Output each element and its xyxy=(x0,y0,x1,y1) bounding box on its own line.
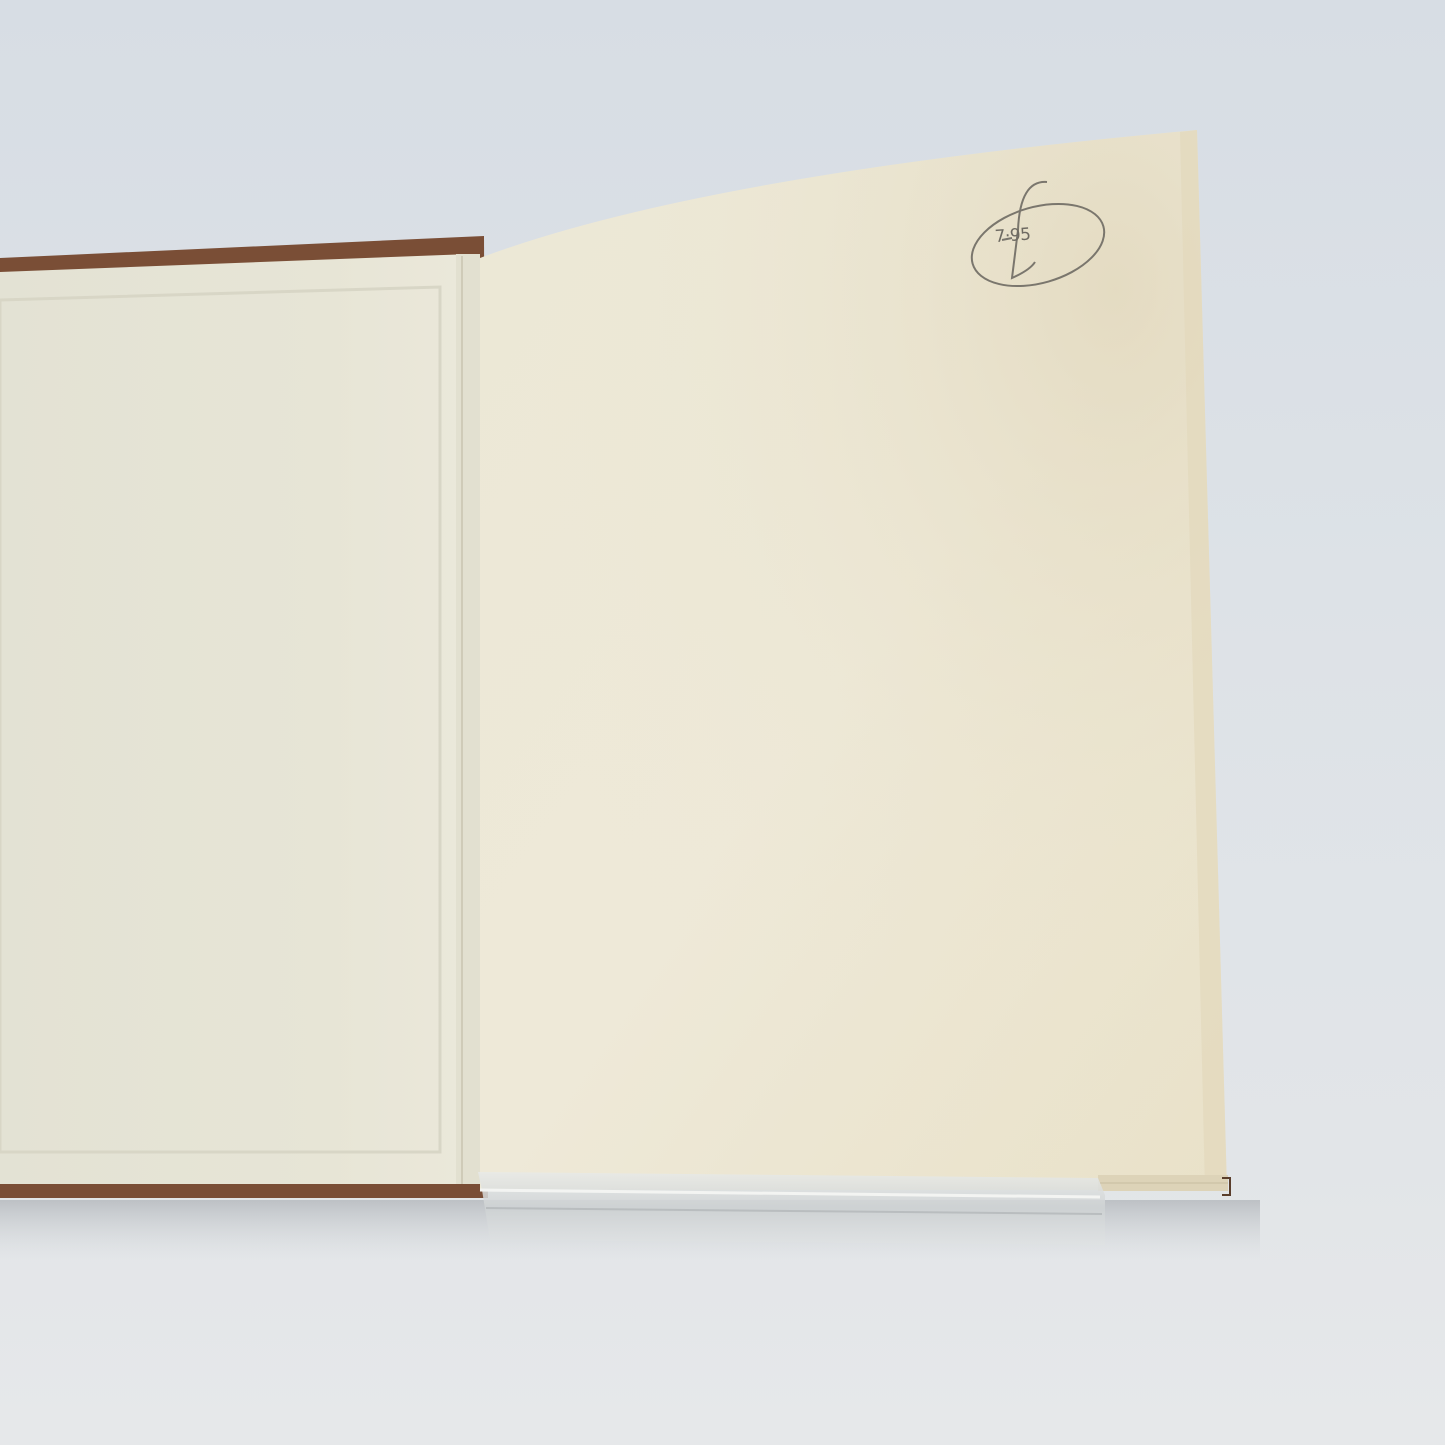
open-book-illustration xyxy=(0,0,1445,1445)
photo-scene: 7·95 £7.95 xyxy=(0,0,1445,1445)
pencil-price: 7·95 xyxy=(994,223,1056,257)
gutter xyxy=(456,254,480,1184)
left-endpaper xyxy=(0,254,470,1184)
